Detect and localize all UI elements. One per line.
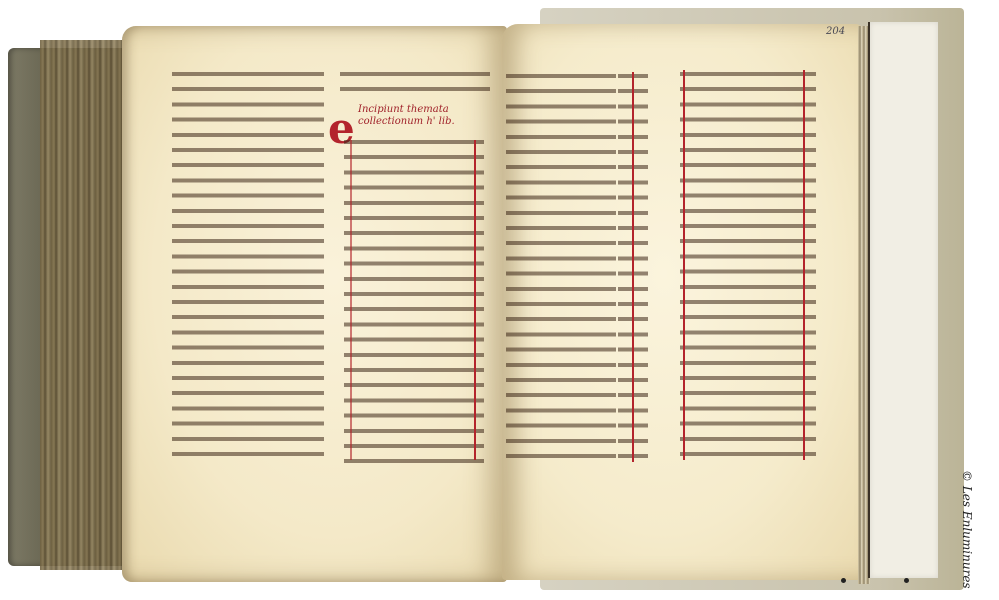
cover-nail (841, 578, 846, 583)
manuscript-photo: e Incipiunt themata collectionum h' lib.… (0, 0, 999, 600)
text-column-left-2b (344, 136, 484, 466)
folio-number: 204 (826, 26, 845, 37)
index-numerals-right-2 (784, 68, 816, 460)
text-column-left-2 (340, 68, 490, 98)
flyleaf (868, 22, 938, 578)
left-page-edges (40, 40, 132, 570)
index-column-right-2 (680, 68, 784, 460)
red-ruling-line (474, 140, 476, 460)
index-column-right-1 (506, 70, 616, 460)
red-ruling-line (632, 72, 634, 462)
text-column-left-1 (172, 68, 324, 458)
rubric-heading: Incipiunt themata collectionum h' lib. (358, 104, 498, 128)
photo-credit: © Les Enluminures (960, 470, 974, 589)
cover-nail (904, 578, 909, 583)
red-ruling-line (803, 70, 805, 460)
red-ruling-line (683, 70, 685, 460)
red-ruling-line (350, 140, 352, 460)
